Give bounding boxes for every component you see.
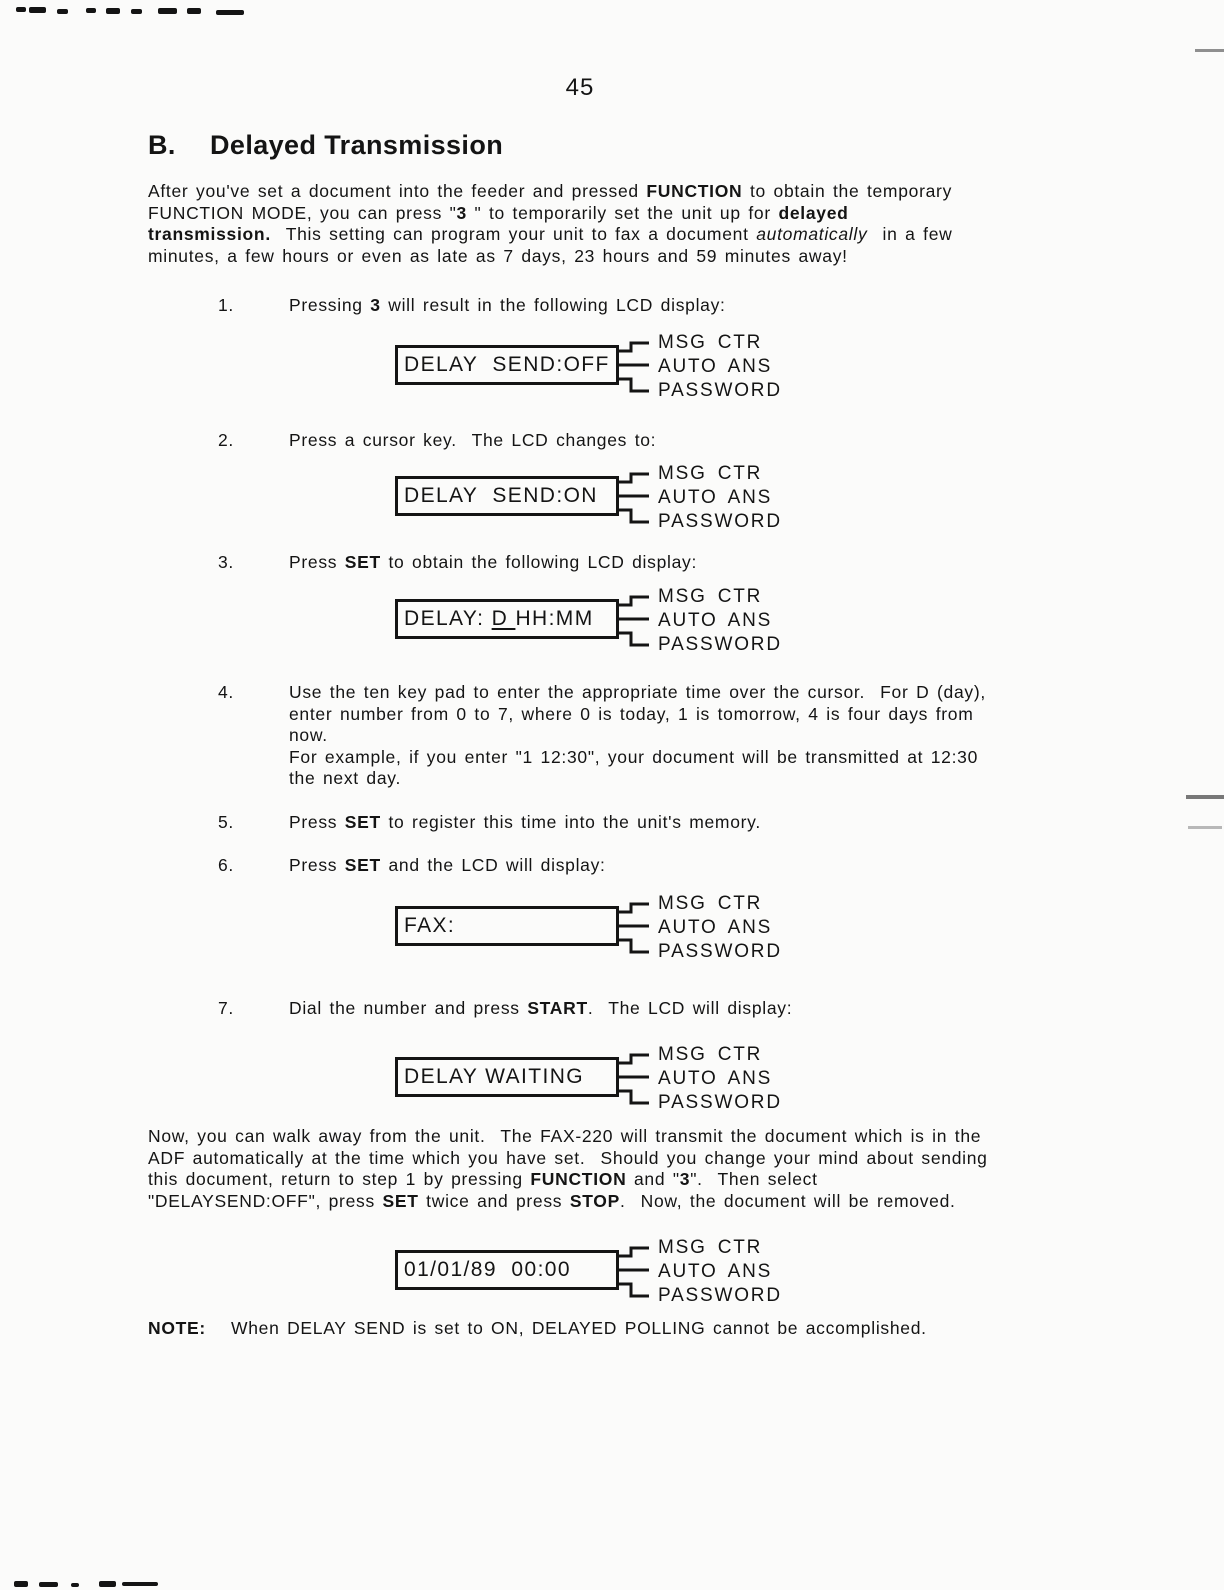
lcd-label-msg-ctr: MSG CTR: [658, 585, 782, 609]
text-segment: START: [527, 998, 588, 1018]
text-segment: DELAY SEND:OFF: [404, 353, 610, 376]
text-segment: Dial the number and press: [289, 998, 527, 1018]
manual-page: 45 B. Delayed Transmission After you've …: [0, 0, 1224, 1590]
section-label: B.: [148, 130, 176, 161]
lcd-label-password: PASSWORD: [658, 1284, 782, 1308]
step-number: 3.: [218, 552, 234, 574]
text-segment: will result in the following LCD display…: [381, 295, 726, 315]
text-segment: 3: [680, 1169, 690, 1189]
lcd-screen: FAX:: [395, 906, 619, 946]
text-segment: " to temporarily set the unit up for: [467, 203, 779, 223]
step-5: 5. Press SET to register this time into …: [218, 812, 761, 834]
step-text: Pressing 3 will result in the following …: [289, 295, 726, 317]
note-label: NOTE:: [148, 1318, 231, 1340]
lcd-indicator-labels: MSG CTR AUTO ANS PASSWORD: [653, 892, 782, 964]
text-segment: SET: [345, 812, 381, 832]
text-line: Press SET to obtain the following LCD di…: [289, 552, 697, 574]
text-segment: this document, return to step 1 by press…: [148, 1169, 530, 1189]
lcd-label-password: PASSWORD: [658, 940, 782, 964]
step-4: 4. Use the ten key pad to enter the appr…: [218, 682, 986, 790]
scan-artifact: [86, 8, 96, 13]
text-segment: to obtain the following LCD display:: [381, 552, 697, 572]
lcd-screen: DELAY SEND:OFF: [395, 345, 619, 385]
bracket-lines: [619, 1236, 653, 1308]
scan-artifact: [131, 9, 142, 14]
lcd-screen-text: DELAY WAITING: [404, 1065, 584, 1089]
text-segment: automatically: [756, 224, 867, 244]
text-segment: SET: [345, 855, 381, 875]
lcd-indicator-labels: MSG CTR AUTO ANS PASSWORD: [653, 585, 782, 657]
text-segment: to obtain the temporary: [742, 181, 952, 201]
text-segment: DELAY:: [404, 607, 492, 630]
text-line: the next day.: [289, 768, 986, 790]
lcd-indicator-labels: MSG CTR AUTO ANS PASSWORD: [653, 331, 782, 403]
text-line: transmission. This setting can program y…: [148, 224, 952, 246]
lcd-label-auto-ans: AUTO ANS: [658, 1260, 782, 1284]
text-segment: Press: [289, 855, 345, 875]
text-line: "DELAYSEND:OFF", press SET twice and pre…: [148, 1191, 988, 1213]
scan-artifact: [99, 1581, 116, 1587]
lcd-screen-text: DELAY SEND:ON: [404, 484, 598, 508]
lcd-screen: DELAY SEND:ON: [395, 476, 619, 516]
lcd-diagram-standby-clock: 01/01/89 00:00 MSG CTR AUTO ANS PASSWORD: [395, 1236, 782, 1308]
scan-artifact: [39, 1582, 58, 1587]
lcd-label-auto-ans: AUTO ANS: [658, 355, 782, 379]
text-line: enter number from 0 to 7, where 0 is tod…: [289, 704, 986, 726]
text-line: now.: [289, 725, 986, 747]
text-segment: ". Then select: [690, 1169, 817, 1189]
text-segment: to register this time into the unit's me…: [381, 812, 761, 832]
bracket-lines: [619, 462, 653, 534]
scan-artifact: [29, 7, 46, 13]
lcd-label-password: PASSWORD: [658, 510, 782, 534]
text-segment: now.: [289, 725, 328, 745]
text-segment: FUNCTION MODE, you can press ": [148, 203, 457, 223]
step-text: Press SET and the LCD will display:: [289, 855, 606, 877]
step-number: 6.: [218, 855, 234, 877]
text-line: When DELAY SEND is set to ON, DELAYED PO…: [231, 1318, 927, 1340]
text-line: Now, you can walk away from the unit. Th…: [148, 1126, 988, 1148]
lcd-label-msg-ctr: MSG CTR: [658, 331, 782, 355]
scan-artifact: [216, 10, 244, 15]
step-text: Press a cursor key. The LCD changes to:: [289, 430, 656, 452]
scan-artifact: [106, 8, 120, 14]
lcd-screen: DELAY WAITING: [395, 1057, 619, 1097]
text-segment: ADF automatically at the time which you …: [148, 1148, 988, 1168]
step-2: 2. Press a cursor key. The LCD changes t…: [218, 430, 656, 452]
lcd-diagram-delay-time-entry: DELAY: D HH:MM MSG CTR AUTO ANS PASSWORD: [395, 585, 782, 657]
lcd-indicator-labels: MSG CTR AUTO ANS PASSWORD: [653, 1043, 782, 1115]
bracket-lines: [619, 585, 653, 657]
lcd-indicator-labels: MSG CTR AUTO ANS PASSWORD: [653, 1236, 782, 1308]
text-line: Dial the number and press START. The LCD…: [289, 998, 792, 1020]
text-segment: DELAY WAITING: [404, 1065, 584, 1088]
bracket-lines: [619, 892, 653, 964]
step-number: 1.: [218, 295, 234, 317]
intro-paragraph: After you've set a document into the fee…: [148, 181, 952, 267]
text-line: Pressing 3 will result in the following …: [289, 295, 726, 317]
lcd-label-auto-ans: AUTO ANS: [658, 609, 782, 633]
scan-artifact: [1186, 795, 1224, 799]
lcd-label-password: PASSWORD: [658, 633, 782, 657]
scan-artifact: [14, 1581, 28, 1587]
text-line: Use the ten key pad to enter the appropr…: [289, 682, 986, 704]
step-text: Use the ten key pad to enter the appropr…: [289, 682, 986, 790]
text-segment: the next day.: [289, 768, 401, 788]
lcd-diagram-delay-waiting: DELAY WAITING MSG CTR AUTO ANS PASSWORD: [395, 1043, 782, 1115]
text-segment: enter number from 0 to 7, where 0 is tod…: [289, 704, 974, 724]
text-segment: HH:MM: [515, 607, 593, 630]
text-segment: Use the ten key pad to enter the appropr…: [289, 682, 986, 702]
text-segment: and the LCD will display:: [381, 855, 606, 875]
text-segment: 3: [370, 295, 380, 315]
lcd-label-password: PASSWORD: [658, 1091, 782, 1115]
text-line: Press a cursor key. The LCD changes to:: [289, 430, 656, 452]
note-text: When DELAY SEND is set to ON, DELAYED PO…: [231, 1318, 927, 1340]
text-line: After you've set a document into the fee…: [148, 181, 952, 203]
text-line: minutes, a few hours or even as late as …: [148, 246, 952, 268]
text-segment: transmission.: [148, 224, 271, 244]
text-line: Press SET to register this time into the…: [289, 812, 761, 834]
step-number: 7.: [218, 998, 234, 1020]
text-segment: . Now, the document will be removed.: [620, 1191, 956, 1211]
step-text: Press SET to obtain the following LCD di…: [289, 552, 697, 574]
lcd-screen-text: FAX:: [404, 914, 455, 938]
text-segment: in a few: [867, 224, 952, 244]
text-segment: SET: [382, 1191, 418, 1211]
text-segment: For example, if you enter "1 12:30", you…: [289, 747, 978, 767]
text-segment: FAX:: [404, 914, 455, 937]
text-segment: After you've set a document into the fee…: [148, 181, 646, 201]
text-line: this document, return to step 1 by press…: [148, 1169, 988, 1191]
text-segment: Press: [289, 552, 345, 572]
lcd-label-msg-ctr: MSG CTR: [658, 1043, 782, 1067]
lcd-screen-text: DELAY: D HH:MM: [404, 607, 594, 631]
text-line: FUNCTION MODE, you can press "3 " to tem…: [148, 203, 952, 225]
text-segment: FUNCTION: [530, 1169, 626, 1189]
text-segment: STOP: [570, 1191, 620, 1211]
lcd-label-auto-ans: AUTO ANS: [658, 1067, 782, 1091]
text-line: ADF automatically at the time which you …: [148, 1148, 988, 1170]
scan-artifact: [1195, 49, 1224, 52]
step-text: Press SET to register this time into the…: [289, 812, 761, 834]
scan-artifact: [1188, 826, 1222, 829]
lcd-screen-text: DELAY SEND:OFF: [404, 353, 610, 377]
text-segment: 3: [457, 203, 467, 223]
step-7: 7. Dial the number and press START. The …: [218, 998, 792, 1020]
closing-paragraph: Now, you can walk away from the unit. Th…: [148, 1126, 988, 1212]
text-segment: D: [492, 607, 516, 630]
step-number: 2.: [218, 430, 234, 452]
lcd-diagram-delay-send-on: DELAY SEND:ON MSG CTR AUTO ANS PASSWORD: [395, 462, 782, 534]
text-segment: . The LCD will display:: [588, 998, 792, 1018]
lcd-label-msg-ctr: MSG CTR: [658, 892, 782, 916]
step-text: Dial the number and press START. The LCD…: [289, 998, 792, 1020]
note-row: NOTE: When DELAY SEND is set to ON, DELA…: [148, 1318, 927, 1340]
lcd-screen: 01/01/89 00:00: [395, 1250, 619, 1290]
step-number: 4.: [218, 682, 234, 704]
text-segment: Now, you can walk away from the unit. Th…: [148, 1126, 981, 1146]
text-segment: Press: [289, 812, 345, 832]
text-segment: When DELAY SEND is set to ON, DELAYED PO…: [231, 1318, 927, 1338]
lcd-diagram-delay-send-off: DELAY SEND:OFF MSG CTR AUTO ANS PASSWORD: [395, 331, 782, 403]
lcd-label-auto-ans: AUTO ANS: [658, 486, 782, 510]
text-line: Press SET and the LCD will display:: [289, 855, 606, 877]
text-segment: minutes, a few hours or even as late as …: [148, 246, 848, 266]
text-segment: Pressing: [289, 295, 370, 315]
step-number: 5.: [218, 812, 234, 834]
lcd-screen-text: 01/01/89 00:00: [404, 1258, 571, 1282]
scan-artifact: [71, 1583, 79, 1587]
text-segment: 01/01/89 00:00: [404, 1258, 571, 1281]
text-segment: and ": [626, 1169, 679, 1189]
section-title: Delayed Transmission: [210, 130, 503, 161]
step-1: 1. Pressing 3 will result in the followi…: [218, 295, 726, 317]
text-segment: This setting can program your unit to fa…: [271, 224, 756, 244]
lcd-diagram-fax: FAX: MSG CTR AUTO ANS PASSWORD: [395, 892, 782, 964]
text-segment: FUNCTION: [646, 181, 742, 201]
text-segment: "DELAYSEND:OFF", press: [148, 1191, 382, 1211]
page-number: 45: [540, 74, 620, 102]
text-segment: delayed: [778, 203, 848, 223]
scan-artifact: [187, 8, 201, 14]
text-segment: twice and press: [419, 1191, 570, 1211]
text-segment: SET: [345, 552, 381, 572]
text-segment: Press a cursor key. The LCD changes to:: [289, 430, 656, 450]
scan-artifact: [16, 7, 26, 12]
scan-artifact: [122, 1582, 158, 1586]
step-3: 3. Press SET to obtain the following LCD…: [218, 552, 697, 574]
lcd-screen: DELAY: D HH:MM: [395, 599, 619, 639]
lcd-indicator-labels: MSG CTR AUTO ANS PASSWORD: [653, 462, 782, 534]
lcd-label-auto-ans: AUTO ANS: [658, 916, 782, 940]
bracket-lines: [619, 1043, 653, 1115]
scan-artifact: [158, 8, 177, 14]
lcd-label-password: PASSWORD: [658, 379, 782, 403]
text-segment: DELAY SEND:ON: [404, 484, 598, 507]
lcd-label-msg-ctr: MSG CTR: [658, 462, 782, 486]
text-line: For example, if you enter "1 12:30", you…: [289, 747, 986, 769]
step-6: 6. Press SET and the LCD will display:: [218, 855, 606, 877]
bracket-lines: [619, 331, 653, 403]
lcd-label-msg-ctr: MSG CTR: [658, 1236, 782, 1260]
scan-artifact: [57, 9, 68, 14]
